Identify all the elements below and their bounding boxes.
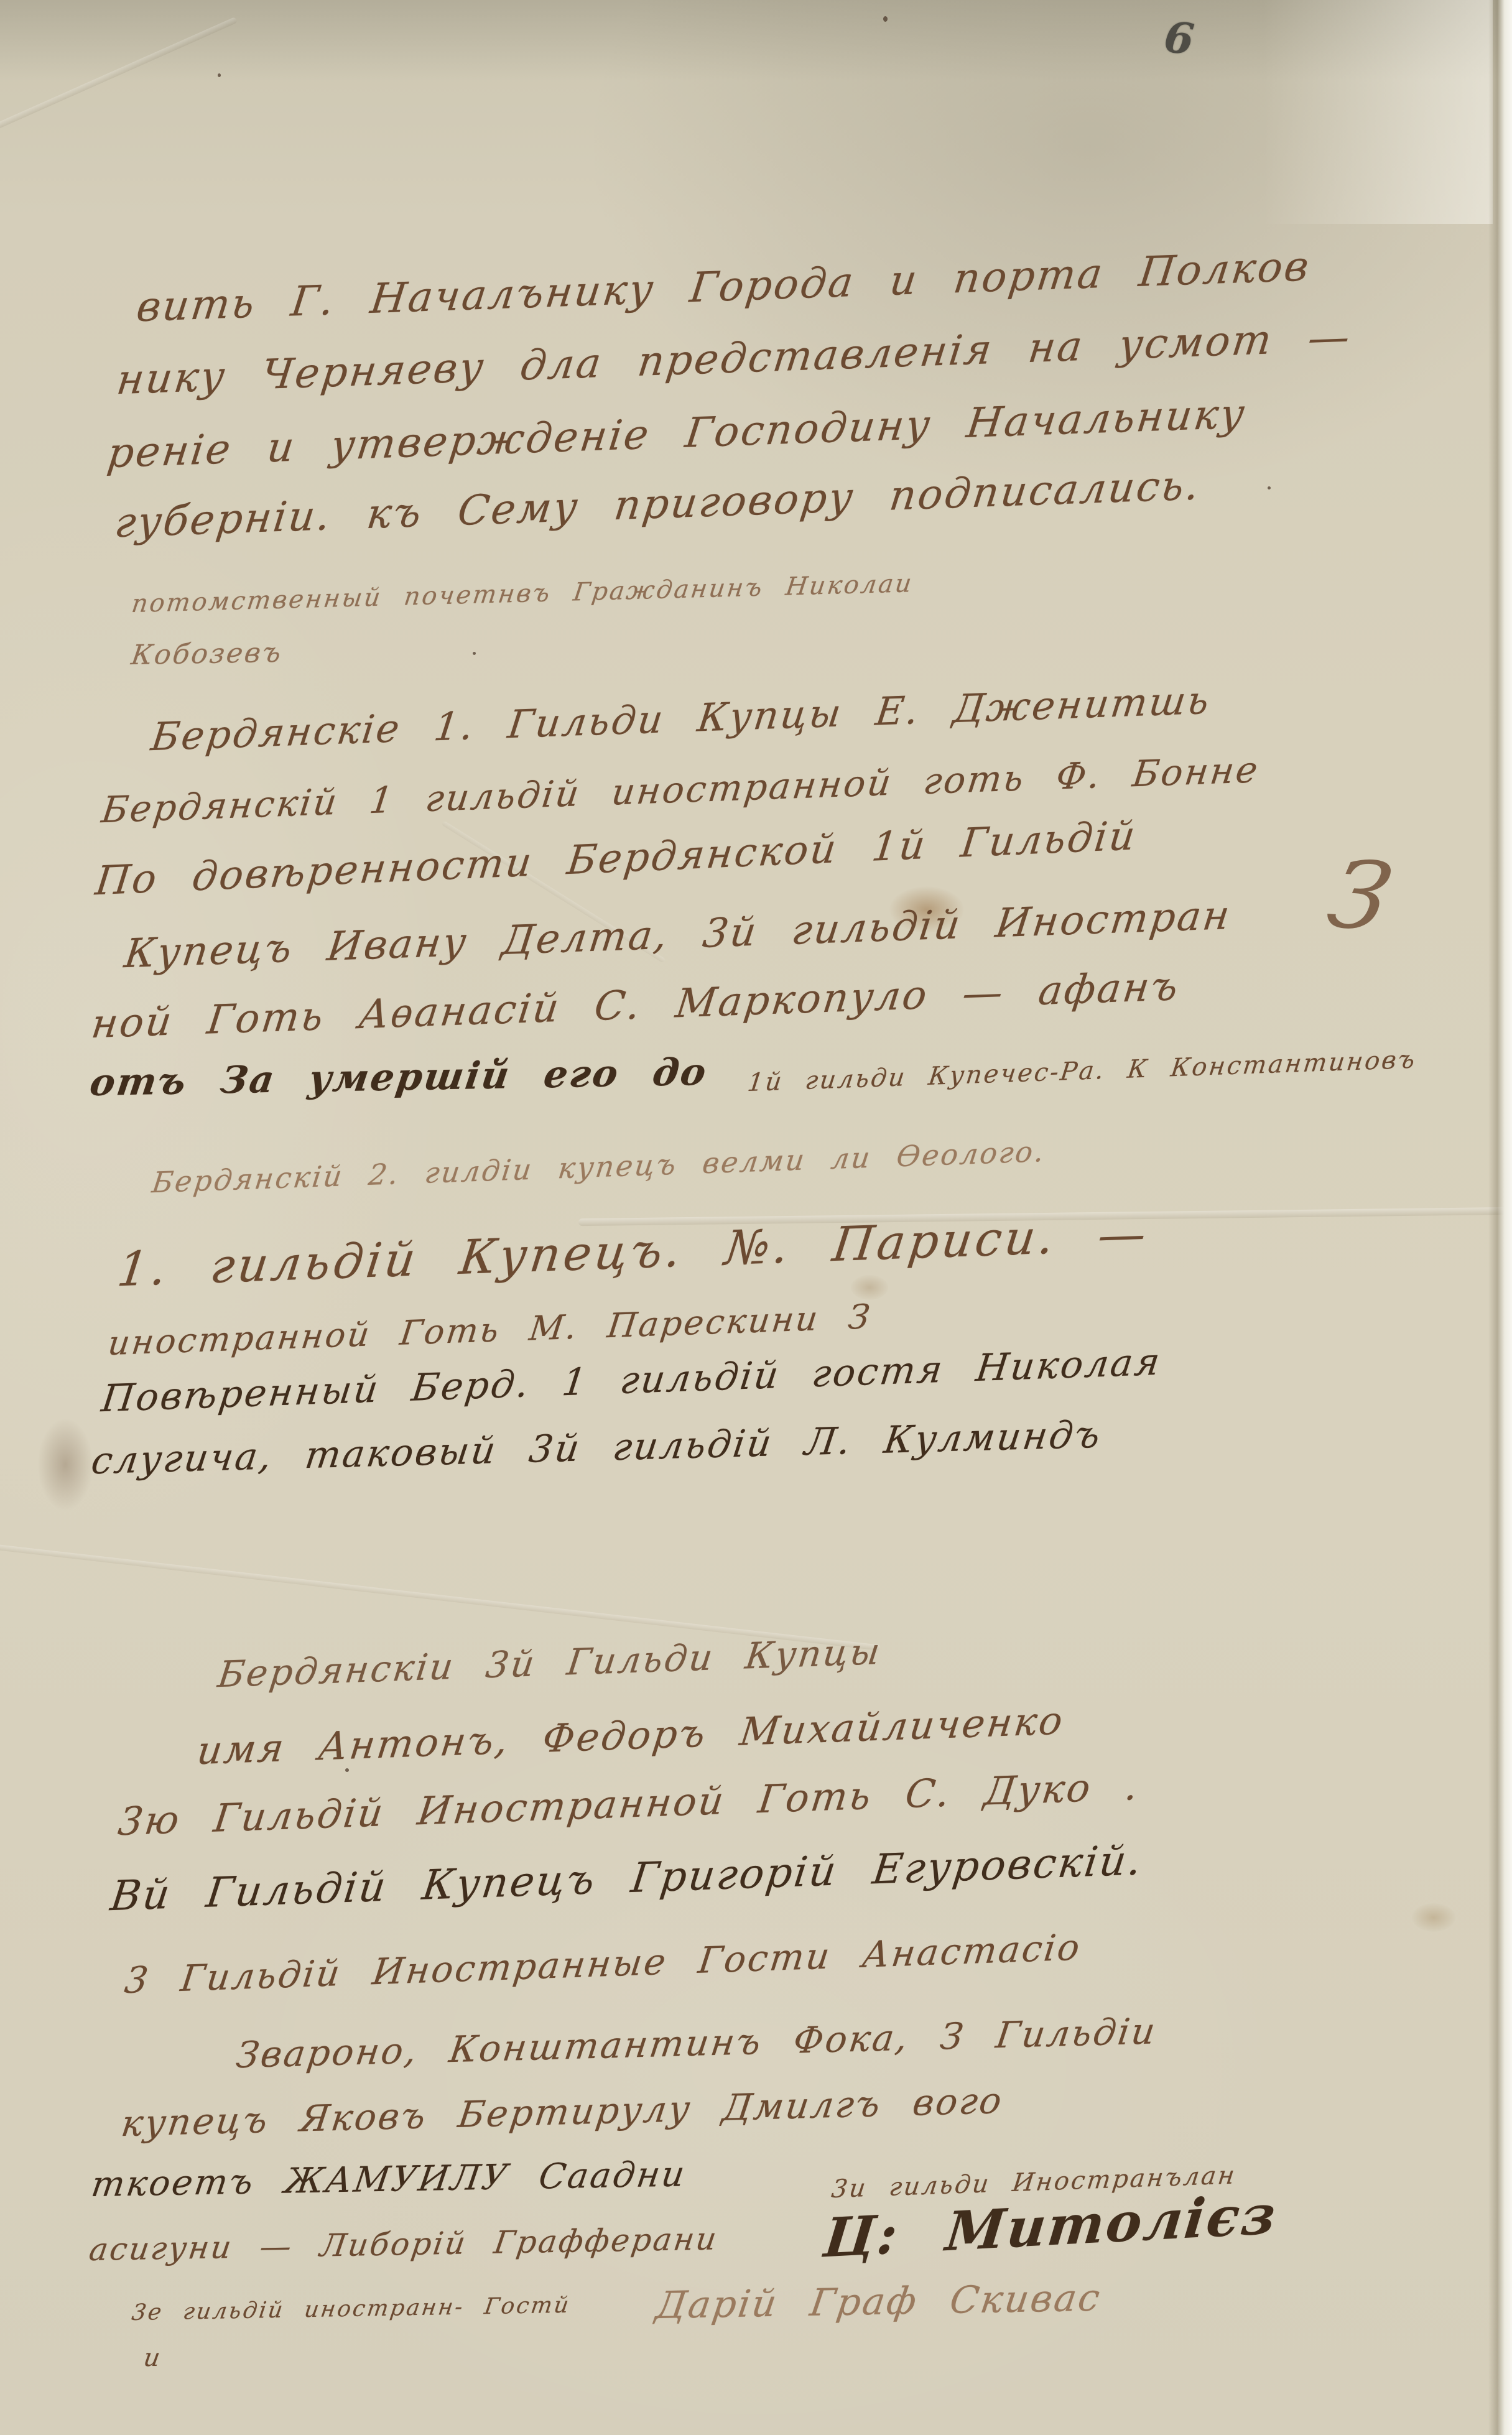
ink-speck: [345, 1768, 349, 1772]
manuscript-line: ткоетъ ЖАМУИЛУ Саадни: [89, 2154, 689, 2205]
paper-light-band: [1263, 0, 1493, 224]
manuscript-line: Купецъ Ивану Делта, 3й гильдій Иностран: [122, 893, 1234, 977]
manuscript-line: Бердянскіи 3й Гильди Купцы: [216, 1630, 884, 1696]
ink-speck: [473, 652, 476, 655]
clerk-note-line: Кобозевъ: [129, 637, 285, 671]
clerk-note-line: потомственный почетнвъ Гражданинъ Никола…: [130, 569, 915, 618]
ink-speck: [1268, 486, 1271, 489]
ink-speck: [883, 16, 888, 22]
manuscript-line: слугича, таковый 3й гильдій Л. Кулминдъ: [89, 1412, 1105, 1483]
manuscript-line: купецъ Яковъ Бертирулу Дмилгъ вого: [119, 2079, 1006, 2145]
manuscript-line: 1. гильдій Купецъ. №. Париси. —: [114, 1205, 1152, 1297]
clerk-note-line: 3е гильдій иностранн- Гостй: [130, 2293, 572, 2326]
manuscript-line: ной Готь Аѳанасій С. Маркопуло — афанъ: [89, 963, 1182, 1047]
manuscript-line: Бердянскіе 1. Гильди Купцы Е. Дженитшь: [149, 677, 1213, 760]
manuscript-line: губерніи. къ Сему приговору подписались.: [112, 461, 1203, 547]
manuscript-line: По довѣренности Бердянской 1й Гильдій: [93, 813, 1139, 905]
manuscript-line: 3ю Гильдій Иностранной Готь С. Дуко .: [116, 1763, 1142, 1845]
clerk-note-line: 1й гильди Купечес-Ра. К Константиновъ: [746, 1045, 1418, 1097]
manuscript-page: 6 вить Г. Началънику Города и порта Полк…: [0, 0, 1512, 2435]
signature: Дарій Граф Скивас: [653, 2276, 1104, 2328]
manuscript-line: Бердянскій 2. гилдіи купецъ велми ли Ѳео…: [150, 1134, 1047, 1199]
paper-right-edge: [1488, 0, 1512, 2435]
manuscript-line: вить Г. Началънику Города и порта Полков: [134, 242, 1313, 331]
ink-speck: [218, 73, 221, 77]
manuscript-line: нику Черняеву дла представленія на усмот…: [114, 313, 1354, 404]
manuscript-line: асигуни — Либорій Графферани: [87, 2220, 721, 2268]
manuscript-line: Вй Гильдій Купецъ Григорій Егуровскій.: [108, 1836, 1146, 1920]
manuscript-line: Звароно, Конштантинъ Фока, З Гильдіи: [234, 2010, 1159, 2076]
paper-top-shadow: [0, 0, 1512, 81]
paper-crease: [0, 17, 238, 139]
manuscript-line: иностранной Готь М. Парескини З: [106, 1297, 874, 1363]
paper-crease: [0, 1539, 881, 1651]
paper-stain: [1412, 1903, 1455, 1932]
ink-smudge: [37, 1418, 93, 1511]
manuscript-line: 3 Гильдій Иностранные Гости Анастасіо: [123, 1926, 1084, 2001]
manuscript-line: реніе и утвержденіе Господину Начальнику: [104, 389, 1249, 477]
paper-stain: [851, 1275, 888, 1300]
folio-page-number: 6: [1162, 12, 1196, 65]
manuscript-line: отъ За умершій его до: [87, 1051, 710, 1105]
ink-flourish: З: [1319, 841, 1403, 952]
manuscript-line: имя Антонъ, Федоръ Михайличенко: [195, 1697, 1067, 1773]
manuscript-line: и: [142, 2344, 164, 2372]
